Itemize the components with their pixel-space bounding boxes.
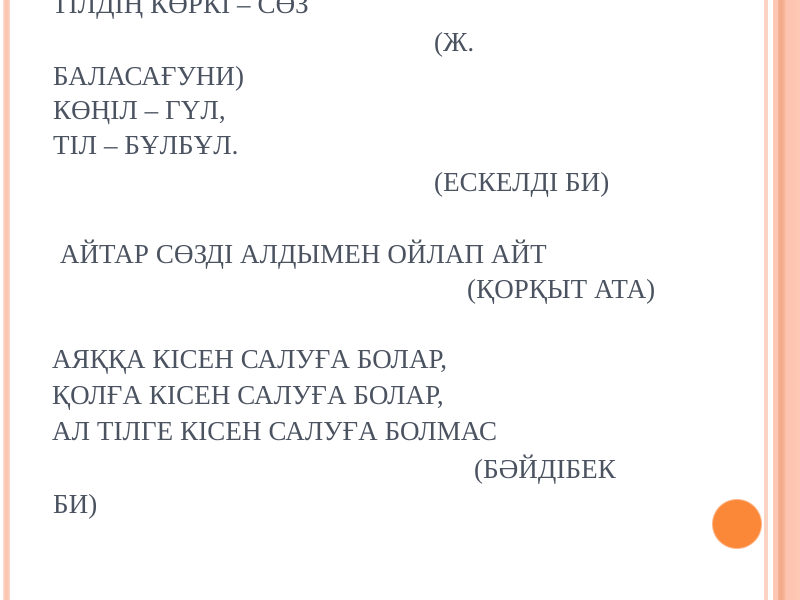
right-decorative-band <box>773 0 800 600</box>
proverb-4-attribution-part1: (БӘЙДІБЕК <box>474 456 616 483</box>
proverb-2-attribution: (ЕСКЕЛДІ БИ) <box>434 169 609 196</box>
proverb-2-line-2: ТІЛ – БҰЛБҰЛ. <box>53 132 238 159</box>
proverb-1-text: ТІЛДІҢ КӨРКІ – СӨЗ <box>52 0 309 18</box>
proverb-1-attribution-part1: (Ж. <box>434 29 474 56</box>
slide: ТІЛДІҢ КӨРКІ – СӨЗ (Ж. БАЛАСАҒУНИ) КӨҢІЛ… <box>0 0 800 600</box>
proverb-2-line-1: КӨҢІЛ – ГҮЛ, <box>53 97 226 124</box>
orange-circle-decoration <box>713 500 761 548</box>
proverb-4-line-1: АЯҚҚА КІСЕН САЛУҒА БОЛАР, <box>52 346 447 373</box>
proverb-1-attribution-part2: БАЛАСАҒУНИ) <box>53 63 244 90</box>
right-decorative-line <box>764 0 768 600</box>
proverb-4-line-2: ҚОЛҒА КІСЕН САЛУҒА БОЛАР, <box>52 382 444 409</box>
proverb-4-attribution-part2: БИ) <box>53 491 97 518</box>
proverb-3-text: АЙТАР СӨЗДІ АЛДЫМЕН ОЙЛАП АЙТ <box>53 241 547 268</box>
left-decorative-band <box>3 0 10 600</box>
proverb-4-line-3: АЛ ТІЛГЕ КІСЕН САЛУҒА БОЛМАС <box>52 418 497 445</box>
proverb-3-attribution: (ҚОРҚЫТ АТА) <box>467 276 655 303</box>
